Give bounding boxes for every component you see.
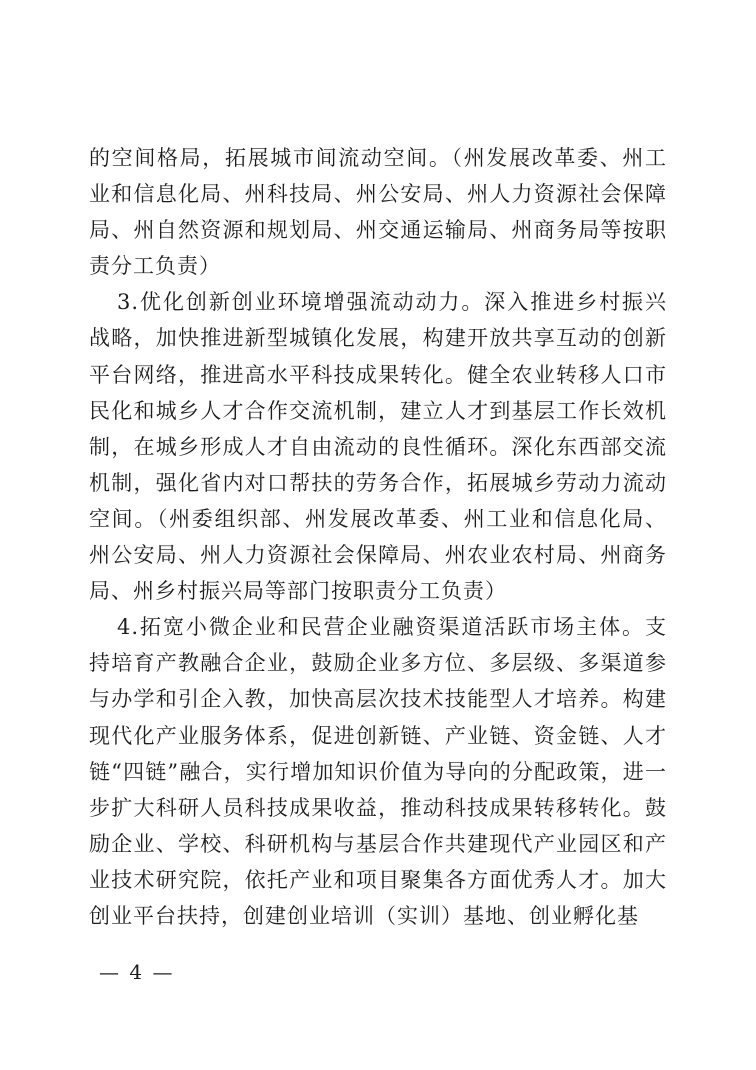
page-number: — 4 —: [99, 960, 174, 984]
paragraph-item-4: 4.拓宽小微企业和民营企业融资渠道活跃市场主体。支持培育产教融合企业，鼓励企业多…: [89, 609, 667, 934]
paragraph-item-3: 3.优化创新创业环境增强流动动力。深入推进乡村振兴战略，加快推进新型城镇化发展，…: [89, 284, 667, 609]
document-page: 的空间格局，拓展城市间流动空间。（州发展改革委、州工业和信息化局、州科技局、州公…: [0, 0, 756, 1070]
paragraph-continuation: 的空间格局，拓展城市间流动空间。（州发展改革委、州工业和信息化局、州科技局、州公…: [89, 140, 667, 284]
page-body-text: 的空间格局，拓展城市间流动空间。（州发展改革委、州工业和信息化局、州科技局、州公…: [89, 140, 667, 934]
